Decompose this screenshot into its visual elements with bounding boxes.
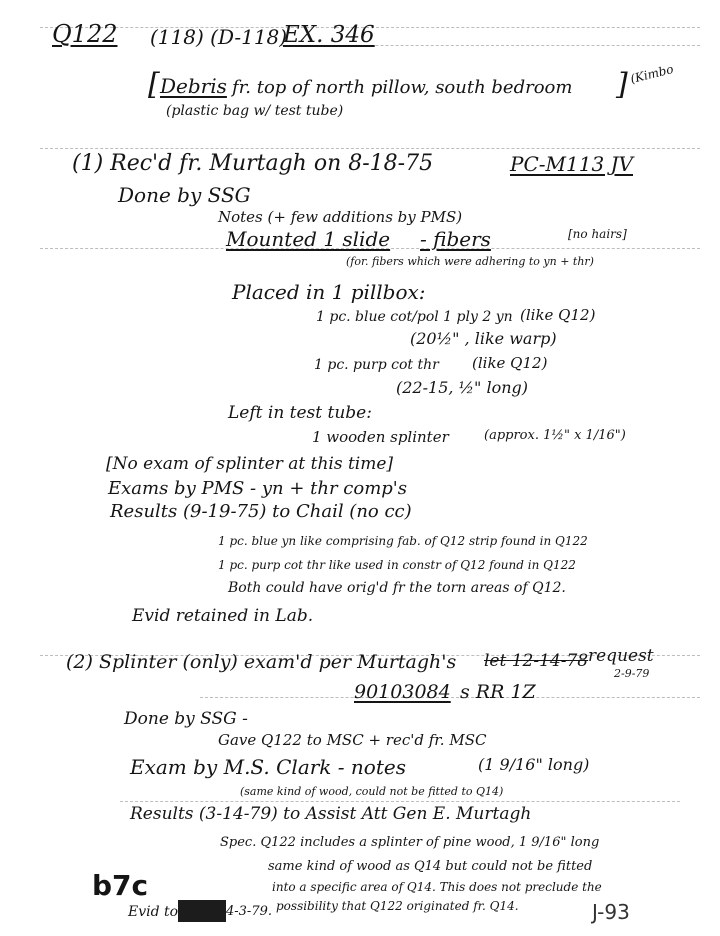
exam-line: Exam by M.S. Clark - notes (130, 757, 406, 777)
piece1: 1 pc. blue cot/pol 1 ply 2 yn (316, 310, 513, 324)
left-in-tube: Left in test tube: (228, 405, 372, 422)
done-by-2: Done by SSG - (124, 711, 248, 728)
exemption-stamp: b7c (92, 872, 148, 900)
splinter-size: (approx. 1½" x 1/16") (484, 429, 626, 442)
evid-retained: Evid retained in Lab. (132, 608, 313, 625)
exam-length: (1 9/16" long) (478, 757, 589, 773)
splinter-line: 1 wooden splinter (312, 430, 449, 445)
item-number: Q122 (52, 22, 117, 46)
splinter-exam-line: (2) Splinter (only) exam'd per Murtagh's (66, 653, 456, 672)
description-bracket-close: ] (616, 70, 628, 100)
item-refs: (118) (D-118) (150, 27, 287, 47)
result-3: Both could have orig'd fr the torn areas… (228, 581, 566, 595)
results-2-line: Results (3-14-79) to Assist Att Gen E. M… (130, 806, 531, 823)
piece2-detail: (22-15, ½" long) (396, 380, 528, 396)
result-2: 1 pc. purp cot thr like used in constr o… (218, 559, 576, 571)
received-line: (1) Rec'd fr. Murtagh on 8-18-75 (72, 153, 433, 175)
spec-line-1: Spec. Q122 includes a splinter of pine w… (220, 836, 599, 849)
piece2: 1 pc. purp cot thr (314, 358, 439, 372)
fibers-label: - fibers (420, 229, 491, 249)
margin-note: (Kimbo (629, 63, 674, 85)
exhibit-number: EX. 346 (283, 24, 375, 47)
request-label: request (588, 648, 654, 665)
exam-note: (same kind of wood, could not be fitted … (240, 786, 503, 797)
description-label: Debris (160, 76, 227, 96)
mounted-line: Mounted 1 slide (226, 229, 390, 249)
request-date: 2-9-79 (614, 668, 649, 679)
piece2-like: (like Q12) (472, 356, 547, 371)
evid-date: 4-3-79. (226, 905, 272, 918)
done-by: Done by SSG (118, 185, 251, 205)
ruled-line (40, 148, 700, 149)
piece1-like: (like Q12) (520, 308, 595, 323)
result-1: 1 pc. blue yn like comprising fab. of Q1… (218, 535, 588, 547)
file-suffix: s RR 1Z (460, 683, 536, 702)
case-ref: PC-M113 JV (510, 154, 633, 174)
placed-line: Placed in 1 pillbox: (232, 282, 426, 302)
no-exam-note: [No exam of splinter at this time] (106, 456, 393, 473)
notes-line: Notes (+ few additions by PMS) (218, 210, 462, 225)
fibers-note: (for. fibers which were adhering to yn +… (346, 256, 594, 267)
document-page: Q122 (118) (D-118) EX. 346 [ Debris fr. … (0, 0, 720, 936)
piece1-detail: (20½" , like warp) (410, 331, 557, 347)
page-ref: J-93 (592, 902, 630, 922)
redaction-block (178, 900, 226, 922)
evid-to-label: Evid to (128, 905, 178, 919)
exams-by: Exams by PMS - yn + thr comp's (108, 480, 407, 498)
ruled-line (120, 801, 680, 802)
gave-line: Gave Q122 to MSC + rec'd fr. MSC (218, 733, 486, 748)
no-hairs-note: [no hairs] (568, 228, 627, 240)
description-text: fr. top of north pillow, south bedroom (232, 79, 572, 97)
spec-line-2: same kind of wood as Q14 but could not b… (268, 860, 592, 873)
spec-line-4: possibility that Q122 originated fr. Q14… (276, 900, 519, 912)
description-sub: (plastic bag w/ test tube) (166, 104, 343, 118)
struck-text: let 12-14-78 (484, 653, 588, 670)
results-line: Results (9-19-75) to Chail (no cc) (110, 503, 412, 521)
description-bracket-open: [ (148, 70, 160, 100)
file-number: 90103084 (354, 683, 451, 702)
spec-line-3: into a specific area of Q14. This does n… (272, 881, 602, 893)
